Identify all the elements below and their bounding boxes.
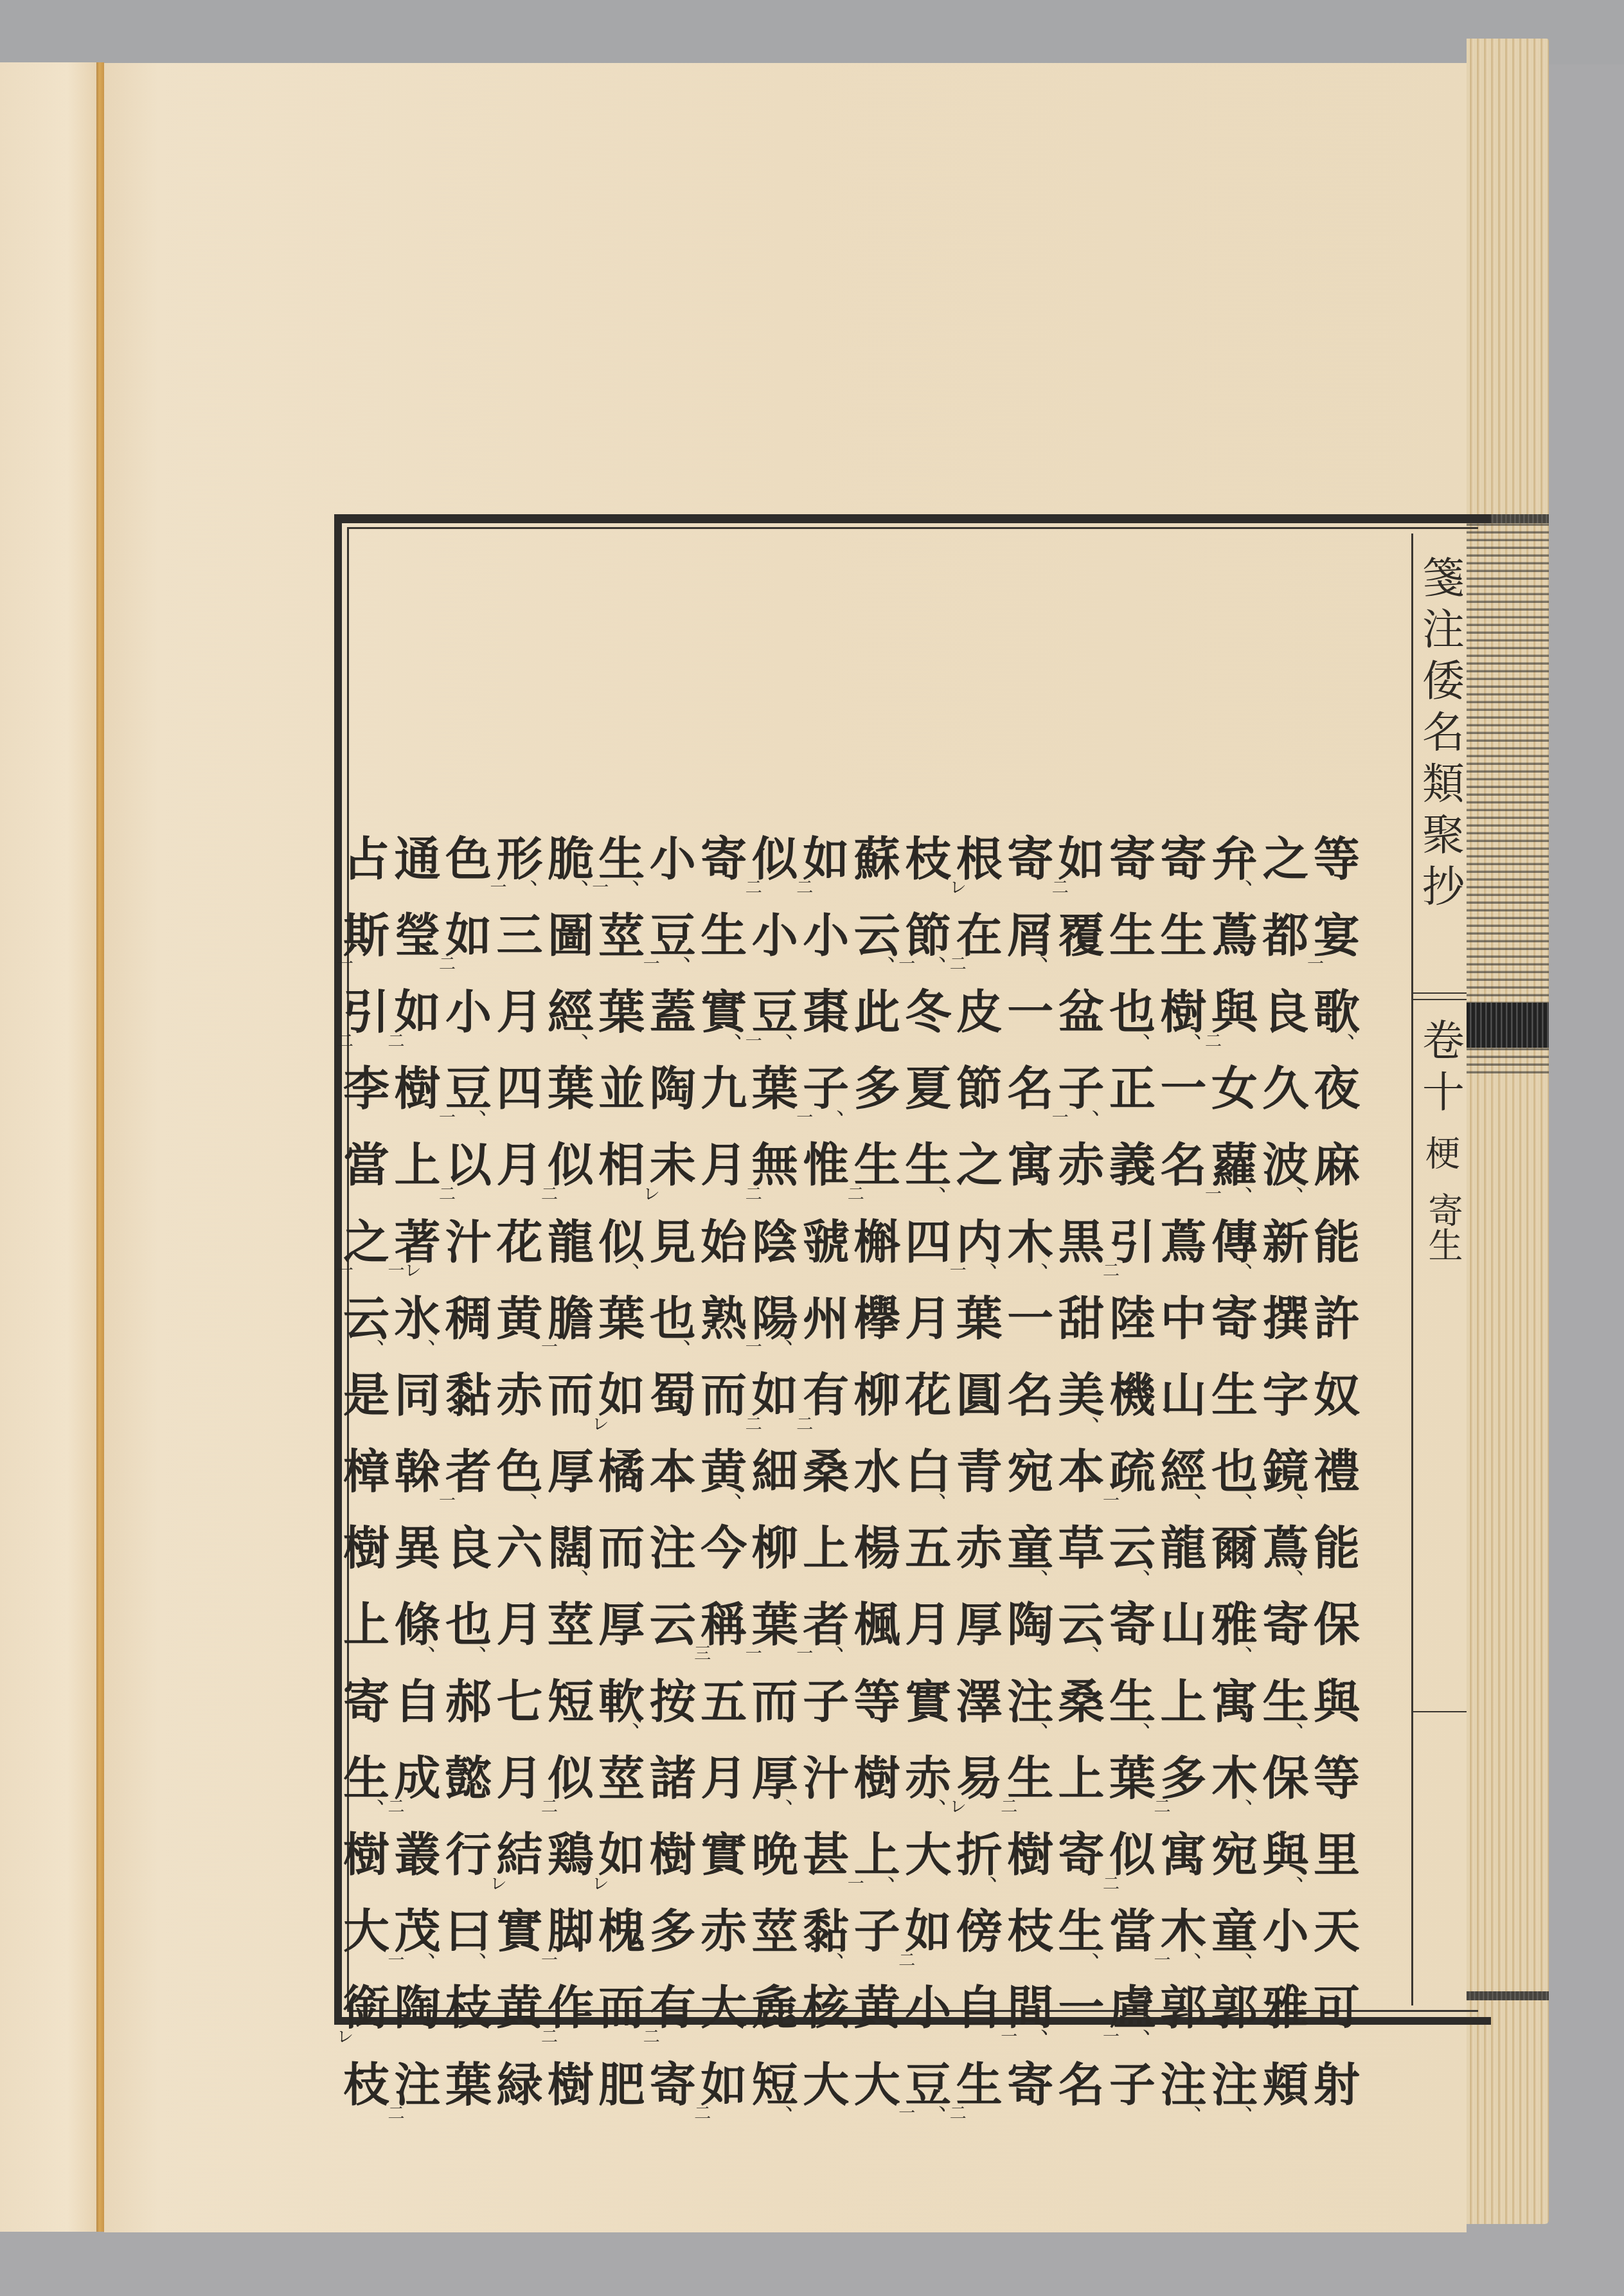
text-char: 是 [334,1352,398,1429]
running-title-char: 類 [1422,758,1465,810]
punctuation-mark: 、 [836,1625,858,1656]
text-char: 上 [334,1583,398,1659]
punctuation-mark: 、 [1040,2008,1062,2040]
punctuation-mark: 、 [836,1089,858,1120]
text-char: 樟 [334,1430,398,1506]
punctuation-mark: 、 [938,1165,960,1197]
punctuation-mark: 、 [1245,2085,1267,2116]
running-title-char: 箋 [1422,553,1465,604]
main-text: 等宴一歌、夜麻能許奴禮能保與等里天可射之都良久波、新撰字鏡、蔦、寄生、保與、小雅… [0,816,1624,2038]
punctuation-mark: 、 [1143,1701,1164,1733]
punctuation-mark: 、 [581,1548,603,1580]
punctuation-mark: 、 [479,1089,501,1120]
text-char: 李 [334,1046,398,1123]
punctuation-mark: 、 [1296,1701,1318,1733]
text-char: 之一 [334,1199,398,1276]
punctuation-mark: 、 [427,1932,449,1963]
punctuation-mark: 、 [377,1778,398,1809]
text-char: 樹 [334,1506,398,1583]
punctuation-mark: 、 [632,859,654,890]
punctuation-mark: 、 [938,1472,960,1503]
text-char: 寄 [334,1659,398,1735]
punctuation-mark: 、 [683,935,705,967]
punctuation-mark: 、 [1347,1012,1369,1044]
running-title-char: 注 [1422,604,1465,656]
text-column: 占斯一引二李當之一云、是樟樹上寄生、樹大銜レ枝 [331,816,402,2119]
punctuation-mark: 、 [1143,1012,1164,1044]
punctuation-mark: 、 [1245,1472,1267,1503]
punctuation-mark: 、 [632,1242,654,1273]
punctuation-mark: 、 [1296,1165,1318,1197]
punctuation-mark: 、 [785,1012,807,1044]
punctuation-mark: 、 [734,1472,756,1503]
punctuation-mark: 、 [1194,1012,1216,1044]
punctuation-mark: 、 [530,1472,551,1503]
punctuation-mark: 、 [1296,1548,1318,1580]
text-char: 云、 [334,1276,398,1352]
punctuation-mark: 、 [632,1701,654,1733]
running-title-char: 倭 [1422,656,1465,707]
punctuation-mark: 、 [1194,1472,1216,1503]
punctuation-mark: 、 [1092,1932,1114,1963]
punctuation-mark: 、 [1245,1625,1267,1656]
text-char: 樹 [334,1812,398,1888]
punctuation-mark: 、 [785,1778,807,1809]
punctuation-mark: 、 [1296,1855,1318,1887]
punctuation-mark: 、 [1040,935,1062,967]
punctuation-mark: 、 [1245,1778,1267,1809]
punctuation-mark: 、 [427,1625,449,1656]
punctuation-mark: 、 [785,1318,807,1350]
punctuation-mark: 、 [1296,1472,1318,1503]
punctuation-mark: 、 [1092,1625,1114,1656]
punctuation-mark: 、 [836,1932,858,1963]
punctuation-mark: 、 [734,1012,756,1044]
punctuation-mark: 、 [1143,1548,1164,1580]
punctuation-mark: 、 [1092,1089,1114,1120]
running-title-char: 名 [1422,707,1465,758]
punctuation-mark: 、 [888,935,909,967]
punctuation-mark: 、 [581,1012,603,1044]
backdrop [0,0,1624,64]
punctuation-mark: 、 [479,1932,501,1963]
punctuation-mark: 、 [427,1318,449,1350]
punctuation-mark: 、 [938,935,960,967]
punctuation-mark: 、 [1245,1165,1267,1197]
punctuation-mark: 、 [1040,1548,1062,1580]
punctuation-mark: 、 [1040,1242,1062,1273]
punctuation-mark: 、 [938,2085,960,2116]
text-char: 枝 [334,2042,398,2119]
punctuation-mark: 、 [990,1242,1012,1273]
text-char: 大 [334,1889,398,1966]
punctuation-mark: 、 [581,859,603,890]
punctuation-mark: 、 [888,1855,909,1887]
text-char: 引二 [334,969,398,1046]
text-char: 銜レ [334,1966,398,2042]
punctuation-mark: 、 [990,1855,1012,1887]
punctuation-mark: 、 [1194,1932,1216,1963]
punctuation-mark: 、 [1245,1242,1267,1273]
punctuation-mark: 、 [938,1778,960,1809]
punctuation-mark: 、 [1143,2008,1164,2040]
text-char: 生、 [334,1735,398,1812]
punctuation-mark: 、 [1194,2085,1216,2116]
punctuation-mark: 、 [377,1318,398,1350]
punctuation-mark: 、 [683,1318,705,1350]
text-char: 占 [334,816,398,893]
punctuation-mark: 、 [1245,1932,1267,1963]
punctuation-mark: 、 [1040,1701,1062,1733]
punctuation-mark: 、 [1245,859,1267,890]
punctuation-mark: 、 [1092,1395,1114,1427]
punctuation-mark: 、 [479,1625,501,1656]
punctuation-mark: 、 [530,859,551,890]
punctuation-mark: 、 [785,2085,807,2116]
text-char: 斯一 [334,893,398,969]
text-char: 當 [334,1123,398,1199]
